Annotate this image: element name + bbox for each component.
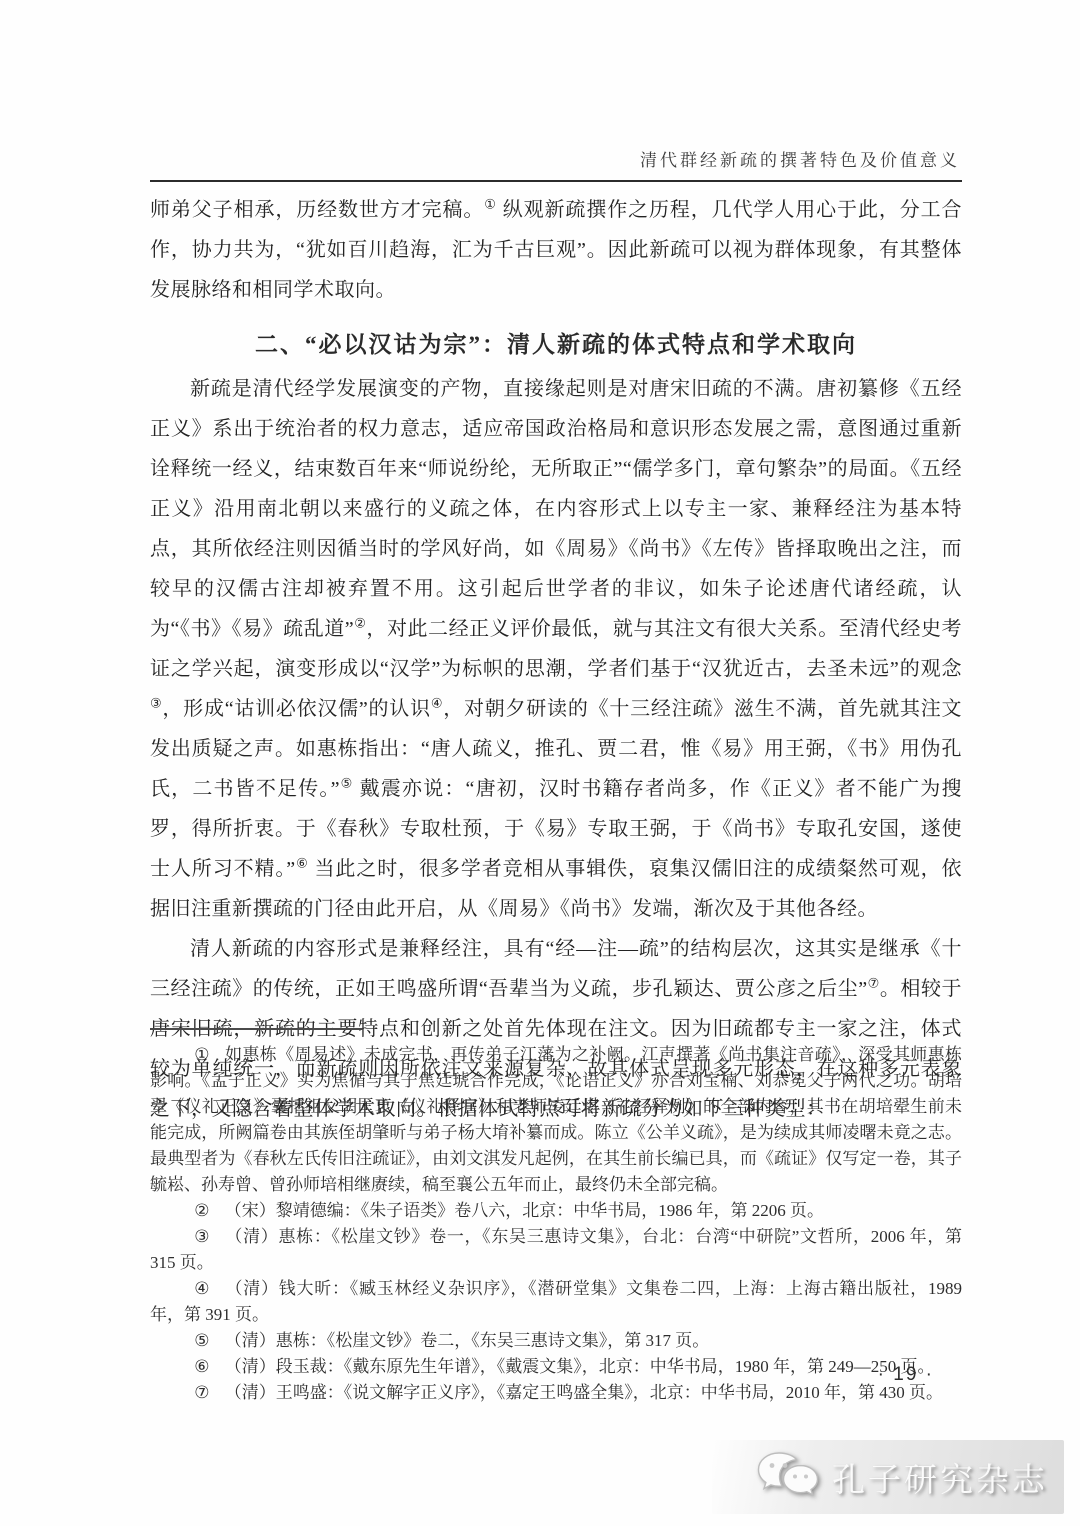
footnote-marker: ① [194,1045,210,1064]
footnote-item: ④（清）钱大昕：《臧玉林经义杂识序》，《潜研堂集》文集卷二四，上海：上海古籍出版… [150,1276,962,1328]
watermark-text: 孔子研究杂志 [832,1454,1048,1501]
footnote-item: ⑦（清）王鸣盛：《说文解字正义序》，《嘉定王鸣盛全集》，北京：中华书局，2010… [150,1380,962,1406]
wechat-icon [756,1450,820,1504]
footnote-text: （清）钱大昕：《臧玉林经义杂识序》，《潜研堂集》文集卷二四，上海：上海古籍出版社… [150,1279,962,1324]
page-content: 清代群经新疏的撰著特色及价值意义 师弟父子相承，历经数世方才完稿。① 纵观新疏撰… [150,146,962,1129]
footnote-marker: ④ [194,1279,210,1298]
footnote-marker: ② [194,1201,209,1220]
running-head: 清代群经新疏的撰著特色及价值意义 [150,146,962,171]
footnote-marker: ⑤ [194,1331,209,1350]
journal-page: 清代群经新疏的撰著特色及价值意义 师弟父子相承，历经数世方才完稿。① 纵观新疏撰… [0,0,1080,1526]
paragraph-continued: 师弟父子相承，历经数世方才完稿。① 纵观新疏撰作之历程，几代学人用心于此，分工合… [150,190,962,310]
footnote-marker: ⑦ [194,1383,209,1402]
footnote-separator [150,1028,362,1030]
footnotes-section: ①如惠栋《周易述》未成完书，再传弟子江藩为之补阙。江声撰著《尚书集注音疏》，深受… [150,1028,962,1406]
page-number: · 19 · [878,1364,934,1386]
footnote-text: （清）段玉裁：《戴东原先生年谱》，《戴震文集》，北京：中华书局，1980 年，第… [225,1357,935,1376]
footnote-text: （清）惠栋：《松崖文钞》卷二，《东吴三惠诗文集》，第 317 页。 [225,1331,710,1350]
journal-watermark: 孔子研究杂志 [712,1440,1064,1514]
footnote-item: ⑥（清）段玉裁：《戴东原先生年谱》，《戴震文集》，北京：中华书局，1980 年，… [150,1354,962,1380]
footnote-marker: ⑥ [194,1357,209,1376]
footnote-item: ③（清）惠栋：《松崖文钞》卷一，《东吴三惠诗文集》，台北：台湾“中研院”文哲所，… [150,1224,962,1276]
header-rule [150,180,962,182]
footnote-item: ⑤（清）惠栋：《松崖文钞》卷二，《东吴三惠诗文集》，第 317 页。 [150,1328,962,1354]
footnote-marker: ③ [194,1227,210,1246]
footnote-text: （清）王鸣盛：《说文解字正义序》，《嘉定王鸣盛全集》，北京：中华书局，2010 … [225,1383,943,1402]
footnote-text: 如惠栋《周易述》未成完书，再传弟子江藩为之补阙。江声撰著《尚书集注音疏》，深受其… [150,1045,962,1194]
footnote-text: （清）惠栋：《松崖文钞》卷一，《东吴三惠诗文集》，台北：台湾“中研院”文哲所，2… [150,1227,962,1272]
footnote-item: ①如惠栋《周易述》未成完书，再传弟子江藩为之补阙。江声撰著《尚书集注音疏》，深受… [150,1042,962,1198]
footnote-item: ②（宋）黎靖德编：《朱子语类》卷八六，北京：中华书局，1986 年，第 2206… [150,1198,962,1224]
section-heading: 二、“必以汉诂为宗”：清人新疏的体式特点和学术取向 [150,326,962,359]
footnote-text: （宋）黎靖德编：《朱子语类》卷八六，北京：中华书局，1986 年，第 2206 … [225,1201,824,1220]
paragraph-2: 新疏是清代经学发展演变的产物，直接缘起则是对唐宋旧疏的不满。唐初纂修《五经正义》… [150,369,962,929]
